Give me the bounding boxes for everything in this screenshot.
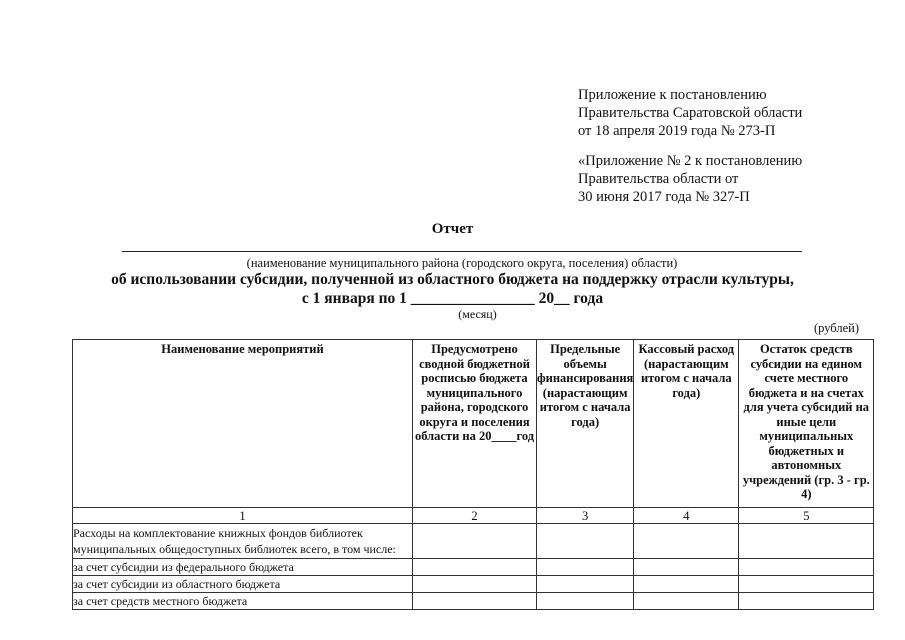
subtitle-period: с 1 января по 1 ________________ 20__ го… xyxy=(0,289,905,308)
column-number-row: 1 2 3 4 5 xyxy=(73,508,874,524)
table-cell[interactable] xyxy=(537,576,634,593)
table-row: за счет субсидии из областного бюджета xyxy=(73,576,874,593)
column-number: 4 xyxy=(634,508,739,524)
row-name: за счет средств местного бюджета xyxy=(73,593,413,610)
table-cell[interactable] xyxy=(739,593,874,610)
table-row: за счет субсидии из федерального бюджета xyxy=(73,559,874,576)
appendix-line: Правительства области от xyxy=(578,170,802,188)
table-cell[interactable] xyxy=(634,524,739,559)
table-cell[interactable] xyxy=(413,524,537,559)
column-number: 3 xyxy=(537,508,634,524)
report-subtitle: об использовании субсидии, полученной из… xyxy=(0,270,905,308)
column-header: Предусмотрено сводной бюджетной росписью… xyxy=(413,340,537,508)
table-cell[interactable] xyxy=(634,559,739,576)
table-cell[interactable] xyxy=(739,576,874,593)
appendix-line: 30 июня 2017 года № 327-П xyxy=(578,188,802,206)
report-title: Отчет xyxy=(0,221,905,238)
table-cell[interactable] xyxy=(537,559,634,576)
table-cell[interactable] xyxy=(413,559,537,576)
municipality-fill-line xyxy=(122,251,802,252)
municipality-caption: (наименование муниципального района (гор… xyxy=(122,256,802,271)
row-name: за счет субсидии из областного бюджета xyxy=(73,576,413,593)
column-header: Кассовый расход (нарастающим итогом с на… xyxy=(634,340,739,508)
table-row: Расходы на комплектование книжных фондов… xyxy=(73,524,874,559)
report-table: Наименование мероприятий Предусмотрено с… xyxy=(72,339,874,610)
column-header: Остаток средств субсидии на едином счете… xyxy=(739,340,874,508)
column-number: 5 xyxy=(739,508,874,524)
appendix-line: «Приложение № 2 к постановлению xyxy=(578,152,802,170)
appendix-line: Приложение к постановлению xyxy=(578,86,802,104)
table-header-row: Наименование мероприятий Предусмотрено с… xyxy=(73,340,874,508)
table-cell[interactable] xyxy=(739,524,874,559)
column-number: 2 xyxy=(413,508,537,524)
row-name: за счет субсидии из федерального бюджета xyxy=(73,559,413,576)
appendix-header: Приложение к постановлению Правительства… xyxy=(578,86,802,206)
appendix-line: Правительства Саратовской области xyxy=(578,104,802,122)
table-cell[interactable] xyxy=(537,524,634,559)
units-label: (рублей) xyxy=(814,321,859,336)
table-cell[interactable] xyxy=(537,593,634,610)
column-number: 1 xyxy=(73,508,413,524)
row-name: Расходы на комплектование книжных фондов… xyxy=(73,524,413,559)
table-cell[interactable] xyxy=(634,593,739,610)
table-cell[interactable] xyxy=(413,576,537,593)
month-caption: (месяц) xyxy=(0,307,905,322)
table-row: за счет средств местного бюджета xyxy=(73,593,874,610)
appendix-line: от 18 апреля 2019 года № 273-П xyxy=(578,122,802,140)
column-header: Наименование мероприятий xyxy=(73,340,413,508)
subtitle-line: об использовании субсидии, полученной из… xyxy=(0,270,905,289)
column-header: Предельные объемы финансирования (нараст… xyxy=(537,340,634,508)
table-cell[interactable] xyxy=(739,559,874,576)
table-cell[interactable] xyxy=(634,576,739,593)
table-cell[interactable] xyxy=(413,593,537,610)
